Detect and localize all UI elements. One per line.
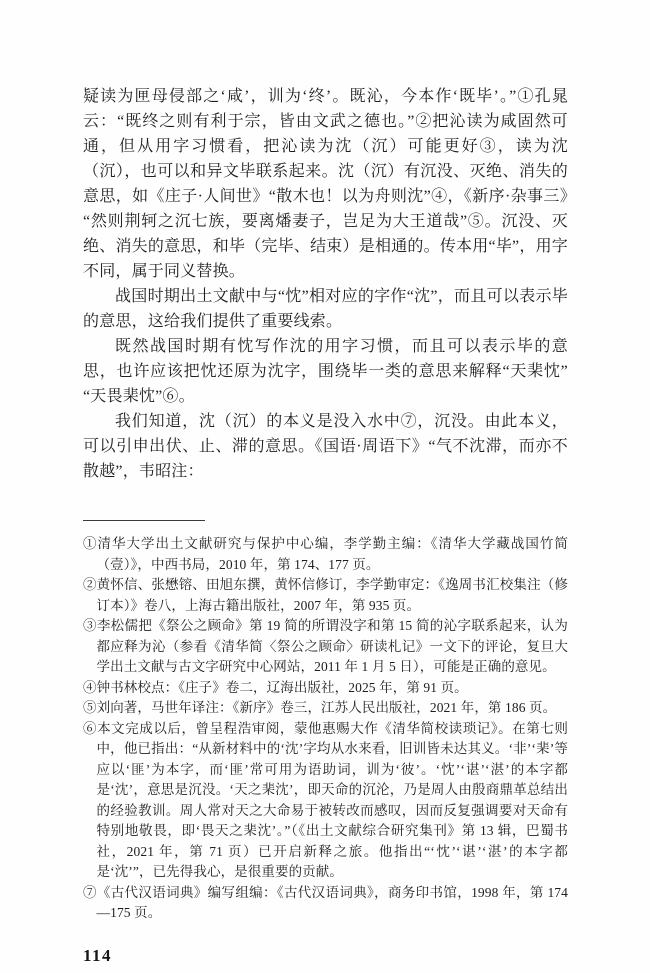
paragraph: 战国时期出土文献中与“忱”相对应的字作“沈”，而且可以表示毕的意思，这给我们提供… bbox=[83, 284, 568, 334]
footnote-text: 清华大学出土文献研究与保护中心编，李学勤主编：《清华大学藏战国竹简（壹）》，中西… bbox=[97, 536, 569, 572]
footnote-text: 本文完成以后，曾呈程浩审阅，蒙他惠赐大作《清华简校读琐记》。在第七则中，他已指出… bbox=[97, 721, 569, 880]
footnotes-section: ①清华大学出土文献研究与保护中心编，李学勤主编：《清华大学藏战国竹简（壹）》，中… bbox=[83, 534, 568, 924]
footnote-marker: ⑦ bbox=[83, 885, 97, 900]
footnote-marker: ⑥ bbox=[83, 721, 97, 736]
footnote-item: ①清华大学出土文献研究与保护中心编，李学勤主编：《清华大学藏战国竹简（壹）》，中… bbox=[83, 534, 568, 575]
footnote-text: 《古代汉语词典》编写组编：《古代汉语词典》，商务印书馆，1998 年，第 174… bbox=[97, 885, 569, 921]
footnote-text: 黄怀信、张懋镕、田旭东撰，黄怀信修订，李学勤审定：《逸周书汇校集注（修订本）》卷… bbox=[97, 577, 569, 613]
footnote-marker: ④ bbox=[83, 680, 97, 695]
paragraph-continuation: 疑读为匣母侵部之‘咸’，训为‘终’。既沁，今本作‘既毕’。”①孔晁云：“既终之则… bbox=[83, 84, 568, 284]
footnote-text: 钟书林校点：《庄子》卷二，辽海出版社，2025 年，第 91 页。 bbox=[97, 680, 468, 695]
footnote-item: ⑤刘向著，马世年译注：《新序》卷三，江苏人民出版社，2021 年，第 186 页… bbox=[83, 698, 568, 719]
footnote-item: ⑦《古代汉语词典》编写组编：《古代汉语词典》，商务印书馆，1998 年，第 17… bbox=[83, 883, 568, 924]
book-page: 疑读为匣母侵部之‘咸’，训为‘终’。既沁，今本作‘既毕’。”①孔晁云：“既终之则… bbox=[0, 0, 650, 973]
paragraph: 我们知道，沈（沉）的本义是没入水中⑦，沉没。由此本义，可以引申出伏、止、滞的意思… bbox=[83, 409, 568, 484]
footnote-marker: ⑤ bbox=[83, 700, 97, 715]
footnote-text: 刘向著，马世年译注：《新序》卷三，江苏人民出版社，2021 年，第 186 页。 bbox=[97, 700, 557, 715]
footnote-marker: ③ bbox=[83, 618, 97, 633]
paragraph: 既然战国时期有忱写作沈的用字习惯，而且可以表示毕的意思，也许应该把忱还原为沈字，… bbox=[83, 334, 568, 409]
footnote-item: ③李松儒把《祭公之顾命》第 19 简的所谓没字和第 15 简的沁字联系起来，认为… bbox=[83, 616, 568, 678]
main-text: 疑读为匣母侵部之‘咸’，训为‘终’。既沁，今本作‘既毕’。”①孔晁云：“既终之则… bbox=[83, 84, 568, 484]
footnote-marker: ① bbox=[83, 536, 98, 551]
footnote-item: ⑥本文完成以后，曾呈程浩审阅，蒙他惠赐大作《清华简校读琐记》。在第七则中，他已指… bbox=[83, 719, 568, 883]
footnote-text: 李松儒把《祭公之顾命》第 19 简的所谓没字和第 15 简的沁字联系起来，认为都… bbox=[97, 618, 569, 674]
footnote-item: ④钟书林校点：《庄子》卷二，辽海出版社，2025 年，第 91 页。 bbox=[83, 678, 568, 699]
page-number: 114 bbox=[83, 946, 568, 966]
footnote-marker: ② bbox=[83, 577, 97, 592]
footnote-separator bbox=[83, 520, 205, 521]
footnote-item: ②黄怀信、张懋镕、田旭东撰，黄怀信修订，李学勤审定：《逸周书汇校集注（修订本）》… bbox=[83, 575, 568, 616]
